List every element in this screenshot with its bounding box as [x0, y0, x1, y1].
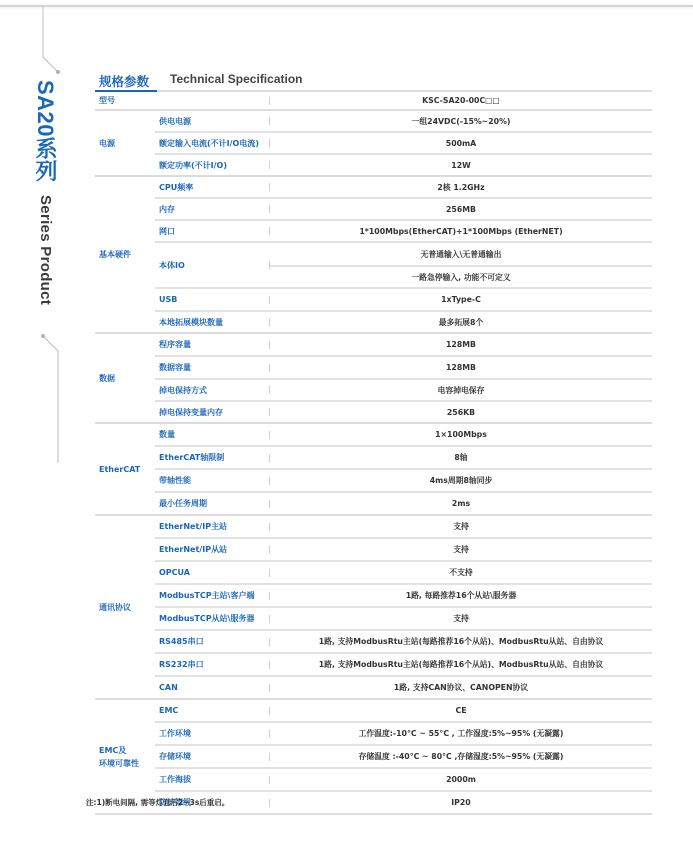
- spec-row-value: 电容掉电保存: [270, 380, 652, 400]
- spec-row-label: 工作环境: [155, 723, 269, 744]
- spec-row-value: 工作温度:-10°C ~ 55°C , 工作湿度:5%~95% (无凝露): [270, 723, 652, 744]
- spec-row: EtherNet/IP从站支持: [155, 537, 652, 560]
- spec-row-value: 存储温度 :-40°C ~ 80°C ,存储湿度:5%~95% (无凝露): [270, 746, 652, 767]
- spec-group-label: 电源: [99, 111, 154, 175]
- spec-row: USB1xType-C: [155, 287, 652, 310]
- spec-row-value: 256MB: [270, 199, 652, 219]
- spec-row-value: 支持: [270, 516, 652, 537]
- spec-row-value: 无普通输入\无普通输出: [270, 243, 652, 265]
- spec-row-label: EtherCAT轴限制: [155, 447, 269, 468]
- spec-group: EtherCAT数量1×100MbpsEtherCAT轴限制8轴带轴性能4ms周…: [95, 424, 652, 516]
- spec-row: 额定功率(不计I/O)12W: [155, 153, 652, 175]
- spec-row-label: 程序容量: [155, 334, 269, 355]
- spec-row-label: 数量: [155, 424, 269, 445]
- spec-row: EMCCE: [155, 700, 652, 721]
- model-value: KSC-SA20-00C□□: [270, 92, 652, 109]
- page-top-rule: [0, 5, 693, 7]
- spec-row-value: 4ms周期8轴同步: [270, 470, 652, 491]
- spec-group-label-line: 环境可靠性: [99, 757, 139, 770]
- spec-group-label: 基本硬件: [99, 177, 154, 332]
- spec-row-value: IP20: [270, 792, 652, 813]
- spec-row-value: 一路急停输入, 功能不可定义: [270, 265, 652, 287]
- spec-row: RS485串口1路, 支持ModbusRtu主站(每路推荐16个从站)、Modb…: [155, 629, 652, 652]
- spec-group-label: 数据: [99, 334, 154, 422]
- spec-row-label: RS485串口: [155, 631, 269, 652]
- spec-row-label: 掉电保持变量内存: [155, 402, 269, 422]
- spec-row-label: OPCUA: [155, 562, 269, 583]
- spec-row-value: 1路, 每路推荐16个从站\服务器: [270, 585, 652, 606]
- spec-row-value: 256KB: [270, 402, 652, 422]
- spec-row: 数量1×100Mbps: [155, 424, 652, 445]
- spec-row: 最小任务周期2ms: [155, 491, 652, 514]
- spec-row-value: 128MB: [270, 334, 652, 355]
- spec-row-value: 2核 1.2GHz: [270, 177, 652, 197]
- spec-row: 掉电保持变量内存256KB: [155, 400, 652, 422]
- spec-group-model: 型号 KSC-SA20-00C□□: [95, 92, 652, 111]
- spec-row: ModbusTCP主站\客户端1路, 每路推荐16个从站\服务器: [155, 583, 652, 606]
- spec-row: 本地拓展模块数量最多拓展8个: [155, 310, 652, 332]
- spec-row: EtherNet/IP主站支持: [155, 516, 652, 537]
- spec-row: 本体IO无普通输入\无普通输出一路急停输入, 功能不可定义: [155, 241, 652, 287]
- spec-row-label: 数据容量: [155, 357, 269, 378]
- spec-row-value: 128MB: [270, 357, 652, 378]
- spec-row-label: 工作海拔: [155, 769, 269, 790]
- spec-row-label: CAN: [155, 677, 269, 698]
- spec-row: 内存256MB: [155, 197, 652, 219]
- side-series-title: SA20系列 Series Product: [30, 80, 61, 305]
- spec-row: 带轴性能4ms周期8轴同步: [155, 468, 652, 491]
- spec-group-label: EtherCAT: [99, 424, 154, 514]
- spec-row-value: 2000m: [270, 769, 652, 790]
- spec-row-label: RS232串口: [155, 654, 269, 675]
- spec-row-value: 最多拓展8个: [270, 312, 652, 332]
- spec-row-value: 1xType-C: [270, 289, 652, 310]
- spec-row: 工作海拔2000m: [155, 767, 652, 790]
- spec-row-label: 最小任务周期: [155, 493, 269, 514]
- spec-row: CAN1路, 支持CAN协议、CANOPEN协议: [155, 675, 652, 698]
- spec-group-label-line: EMC及: [99, 744, 139, 757]
- spec-row: ModbusTCP从站\服务器支持: [155, 606, 652, 629]
- spec-row: 工作环境工作温度:-10°C ~ 55°C , 工作湿度:5%~95% (无凝露…: [155, 721, 652, 744]
- spec-group: 电源供电电源一组24VDC(-15%~20%)额定输入电流(不计I/O电流)50…: [95, 111, 652, 177]
- spec-row: OPCUA不支持: [155, 560, 652, 583]
- spec-row-label: 带轴性能: [155, 470, 269, 491]
- spec-row-value: 8轴: [270, 447, 652, 468]
- model-label: 型号: [95, 95, 269, 106]
- spec-row-value: 支持: [270, 608, 652, 629]
- spec-row-value: 一组24VDC(-15%~20%): [270, 111, 652, 131]
- spec-row-value: 1×100Mbps: [270, 424, 652, 445]
- spec-row-label: 存储环境: [155, 746, 269, 767]
- spec-row-label: 额定功率(不计I/O): [155, 155, 269, 175]
- spec-row-value: 12W: [270, 155, 652, 175]
- spec-row: 数据容量128MB: [155, 355, 652, 378]
- section-header: 规格参数 Technical Specification: [95, 68, 652, 92]
- spec-row-label: ModbusTCP主站\客户端: [155, 585, 269, 606]
- spec-row-label: 供电电源: [155, 111, 269, 131]
- spec-row: 网口1*100Mbps(EtherCAT)+1*100Mbps (EtherNE…: [155, 219, 652, 241]
- spec-row-value: 1路, 支持ModbusRtu主站(每路推荐16个从站)、ModbusRtu从站…: [270, 654, 652, 675]
- spec-row-value: CE: [270, 700, 652, 721]
- series-subtitle: Series Product: [37, 195, 54, 305]
- spec-row-label: ModbusTCP从站\服务器: [155, 608, 269, 629]
- spec-table: 型号 KSC-SA20-00C□□ 电源供电电源一组24VDC(-15%~20%…: [95, 92, 652, 815]
- spec-group: 通讯协议EtherNet/IP主站支持EtherNet/IP从站支持OPCUA不…: [95, 516, 652, 700]
- spec-row-label: CPU频率: [155, 177, 269, 197]
- spec-row-label: 本体IO: [155, 243, 269, 287]
- footnote: 注:1)断电间隔, 需等灯息后2~3s后重启。: [86, 797, 229, 808]
- spec-group: 基本硬件CPU频率2核 1.2GHz内存256MB网口1*100Mbps(Eth…: [95, 177, 652, 334]
- spec-row: RS232串口1路, 支持ModbusRtu主站(每路推荐16个从站)、Modb…: [155, 652, 652, 675]
- spec-row-label: 网口: [155, 221, 269, 241]
- spec-row-value: 支持: [270, 539, 652, 560]
- spec-row: CPU频率2核 1.2GHz: [155, 177, 652, 197]
- spec-row-value: 1路, 支持CAN协议、CANOPEN协议: [270, 677, 652, 698]
- spec-row-label: 内存: [155, 199, 269, 219]
- series-name: SA20系列: [33, 80, 58, 182]
- spec-row-value: 1*100Mbps(EtherCAT)+1*100Mbps (EtherNET): [270, 221, 652, 241]
- spec-row: 存储环境存储温度 :-40°C ~ 80°C ,存储湿度:5%~95% (无凝露…: [155, 744, 652, 767]
- spec-row-label: 掉电保持方式: [155, 380, 269, 400]
- spec-row-value: 1路, 支持ModbusRtu主站(每路推荐16个从站)、ModbusRtu从站…: [270, 631, 652, 652]
- spec-row: 供电电源一组24VDC(-15%~20%): [155, 111, 652, 131]
- spec-row: 额定输入电流(不计I/O电流)500mA: [155, 131, 652, 153]
- spec-row: EtherCAT轴限制8轴: [155, 445, 652, 468]
- spec-row: 掉电保持方式电容掉电保存: [155, 378, 652, 400]
- spec-row-value: 500mA: [270, 133, 652, 153]
- spec-row: 程序容量128MB: [155, 334, 652, 355]
- spec-row: 防护等级IP20: [155, 790, 652, 813]
- spec-row-label: USB: [155, 289, 269, 310]
- spec-group: 数据程序容量128MB数据容量128MB掉电保持方式电容掉电保存掉电保持变量内存…: [95, 334, 652, 424]
- spec-row-label: EMC: [155, 700, 269, 721]
- spec-row-label: 额定输入电流(不计I/O电流): [155, 133, 269, 153]
- spec-row-label: EtherNet/IP从站: [155, 539, 269, 560]
- spec-groups: 电源供电电源一组24VDC(-15%~20%)额定输入电流(不计I/O电流)50…: [95, 111, 652, 815]
- section-title-en: Technical Specification: [170, 72, 302, 86]
- section-title-cn: 规格参数: [99, 72, 149, 90]
- spec-group-label: 通讯协议: [99, 516, 154, 698]
- spec-row-value: 不支持: [270, 562, 652, 583]
- spec-row-label: EtherNet/IP主站: [155, 516, 269, 537]
- spec-row-label: 本地拓展模块数量: [155, 312, 269, 332]
- spec-row-value: 2ms: [270, 493, 652, 514]
